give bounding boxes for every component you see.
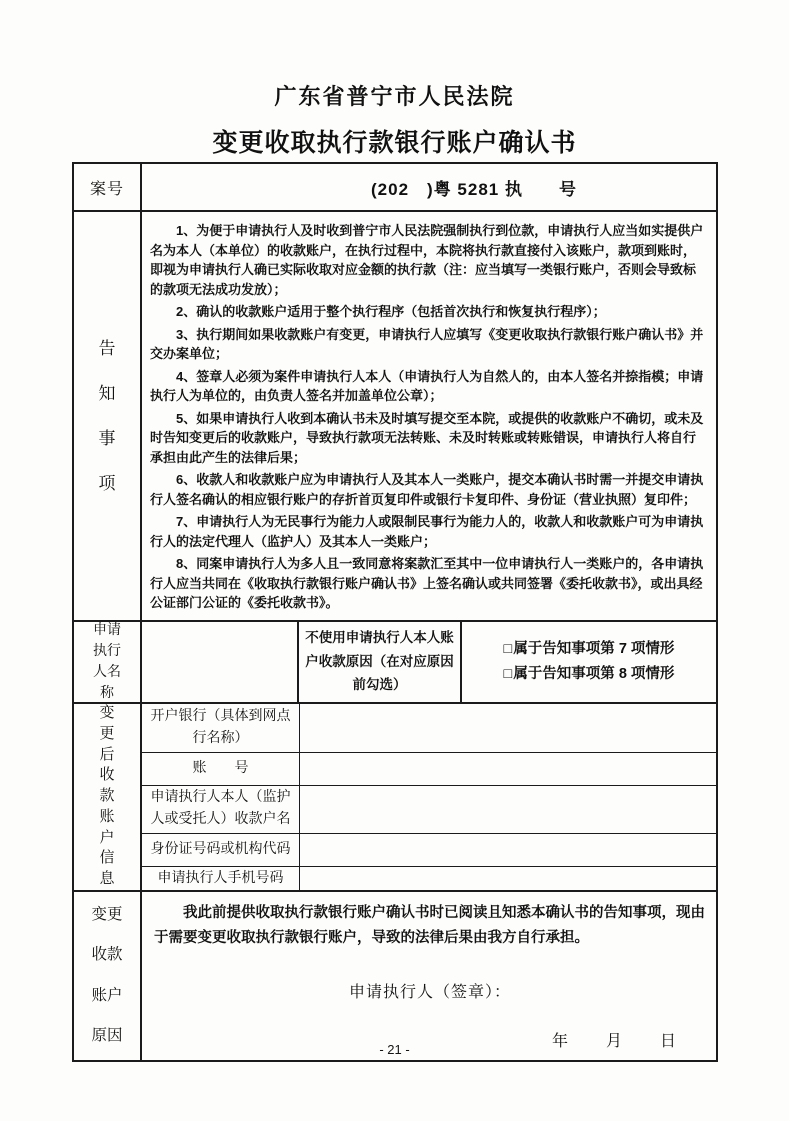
option-item7-label: 属于告知事项第 7 项情形 — [513, 641, 674, 657]
reason-options-cell: □属于告知事项第 7 项情形 □属于告知事项第 8 项情形 — [460, 622, 716, 702]
option-item7: □属于告知事项第 7 项情形 — [504, 637, 675, 662]
document-title: 变更收取执行款银行账户确认书 — [0, 123, 789, 159]
page-number: - 21 - — [0, 1042, 789, 1057]
account-info-label-cell: 变更后收款账户信息 — [74, 704, 140, 890]
notice-item-7: 7、申请执行人为无民事行为能力人或限制民事行为能力人的，收款人和收款账户可为申请… — [150, 512, 708, 551]
declaration-statement: 我此前提供收取执行款银行账户确认书时已阅读且知悉本确认书的告知事项，现由于需要变… — [154, 901, 706, 952]
option-item8-label: 属于告知事项第 8 项情形 — [513, 666, 674, 682]
bank-name-input[interactable] — [299, 704, 716, 752]
court-name-title: 广东省普宁市人民法院 — [0, 80, 789, 111]
account-number-row: 账 号 — [142, 752, 716, 785]
change-reason-label: 变更收款账户原因 — [92, 895, 123, 1056]
phone-number-label: 申请执行人手机号码 — [142, 867, 299, 892]
phone-number-row: 申请执行人手机号码 — [142, 866, 716, 892]
id-number-label: 身份证号码或机构代码 — [142, 834, 299, 866]
payee-name-label: 申请执行人本人（监护人或受托人）收款户名 — [142, 786, 299, 833]
change-reason-content: 我此前提供收取执行款银行账户确认书时已阅读且知悉本确认书的告知事项，现由于需要变… — [140, 892, 716, 1060]
bank-name-row: 开户银行（具体到网点行名称） — [142, 704, 716, 752]
applicant-name-label-cell: 申请执行人名称 — [74, 622, 140, 702]
account-info-section: 变更后收款账户信息 开户银行（具体到网点行名称） 账 号 申请执行人本人（监护人… — [74, 702, 716, 890]
applicant-name-label: 申请执行人名称 — [93, 620, 121, 704]
change-reason-label-cell: 变更收款账户原因 — [74, 892, 140, 1060]
applicant-row: 申请执行人名称 不使用申请执行人本人账户收款原因（在对应原因前勾选） □属于告知… — [74, 620, 716, 702]
notice-item-3: 3、执行期间如果收款账户有变更，申请执行人应填写《变更收取执行款银行账户确认书》… — [150, 325, 708, 364]
id-number-row: 身份证号码或机构代码 — [142, 833, 716, 866]
applicant-name-input[interactable] — [140, 622, 297, 702]
account-number-input[interactable] — [299, 753, 716, 785]
form-table: 案号 (202 )粤 5281 执 号 告知事项 1、为便于申请执行人及时收到普… — [72, 162, 718, 1062]
document-header: 广东省普宁市人民法院 变更收取执行款银行账户确认书 — [0, 0, 789, 159]
change-reason-section: 变更收款账户原因 我此前提供收取执行款银行账户确认书时已阅读且知悉本确认书的告知… — [74, 890, 716, 1060]
notice-section-label: 告知事项 — [99, 326, 116, 506]
case-number-row: 案号 (202 )粤 5281 执 号 — [74, 164, 716, 210]
checkbox-item8-icon[interactable]: □ — [504, 666, 513, 682]
account-number-label: 账 号 — [142, 753, 299, 785]
non-personal-account-reason-header: 不使用申请执行人本人账户收款原因（在对应原因前勾选） — [297, 622, 460, 702]
notice-item-4: 4、签章人必须为案件申请执行人本人（申请执行人为自然人的，由本人签名并捺指模；申… — [150, 367, 708, 406]
notice-section: 告知事项 1、为便于申请执行人及时收到普宁市人民法院强制执行到位款，申请执行人应… — [74, 210, 716, 620]
id-number-input[interactable] — [299, 834, 716, 866]
payee-name-row: 申请执行人本人（监护人或受托人）收款户名 — [142, 785, 716, 833]
account-info-label: 变更后收款账户信息 — [100, 703, 115, 889]
notice-section-label-cell: 告知事项 — [74, 212, 140, 620]
checkbox-item7-icon[interactable]: □ — [504, 641, 513, 657]
notice-item-5: 5、如果申请执行人收到本确认书未及时填写提交至本院，或提供的收款账户不确切，或未… — [150, 409, 708, 468]
case-number-value[interactable]: (202 )粤 5281 执 号 — [140, 164, 716, 210]
notice-item-8: 8、同案申请执行人为多人且一致同意将案款汇至其中一位申请执行人一类账户的，各申请… — [150, 554, 708, 613]
notice-item-6: 6、收款人和收款账户应为申请执行人及其本人一类账户，提交本确认书时需一并提交申请… — [150, 470, 708, 509]
notice-item-1: 1、为便于申请执行人及时收到普宁市人民法院强制执行到位款，申请执行人应当如实提供… — [150, 221, 708, 299]
notice-items: 1、为便于申请执行人及时收到普宁市人民法院强制执行到位款，申请执行人应当如实提供… — [140, 212, 716, 620]
bank-name-label: 开户银行（具体到网点行名称） — [142, 704, 299, 752]
option-item8: □属于告知事项第 8 项情形 — [504, 662, 675, 687]
case-number-label: 案号 — [74, 164, 140, 210]
phone-number-input[interactable] — [299, 867, 716, 892]
notice-item-2: 2、确认的收款账户适用于整个执行程序（包括首次执行和恢复执行程序）； — [150, 302, 708, 322]
signature-label[interactable]: 申请执行人（签章）： — [154, 979, 706, 1002]
payee-name-input[interactable] — [299, 786, 716, 833]
account-info-fields: 开户银行（具体到网点行名称） 账 号 申请执行人本人（监护人或受托人）收款户名 … — [140, 704, 716, 890]
